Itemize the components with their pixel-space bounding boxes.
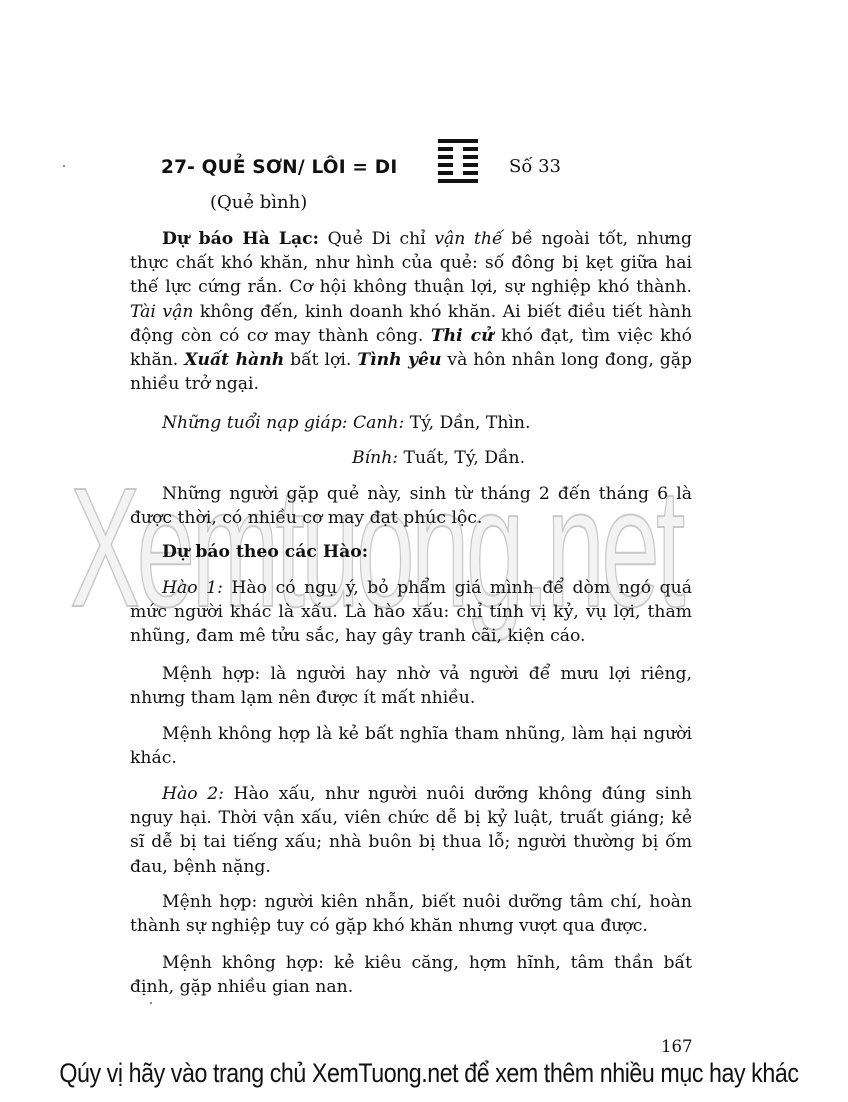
hao-1-menh-khong-hop: Mệnh không hợp là kẻ bất nghĩa tham nhũn… bbox=[130, 722, 692, 770]
scan-speck bbox=[63, 165, 65, 167]
prediction-paragraph: Dự báo Hà Lạc: Quẻ Di chỉ vận thế bề ngo… bbox=[130, 227, 692, 396]
hao-1-menh-hop: Mệnh hợp: là người hay nhờ vả người để m… bbox=[130, 662, 692, 710]
hexagram-di-icon bbox=[438, 139, 478, 183]
hao-1-paragraph: Hào 1: Hào có ngụ ý, bỏ phẩm giá mình để… bbox=[130, 576, 692, 649]
chapter-subtitle: (Quẻ bình) bbox=[210, 192, 307, 213]
chapter-title: 27- QUẺ SƠN/ LÔI = DI bbox=[161, 157, 397, 178]
nap-giap-canh-line: Những tuổi nạp giáp: Canh: Tý, Dần, Thìn… bbox=[162, 413, 530, 433]
hao-2-paragraph: Hào 2: Hào xấu, như người nuôi dưỡng khô… bbox=[130, 782, 692, 879]
scan-speck bbox=[150, 1002, 152, 1004]
hao-2-menh-hop: Mệnh hợp: người kiên nhẫn, biết nuôi dưỡ… bbox=[130, 890, 692, 938]
footer-promo-banner: Qúy vị hãy vào trang chủ XemTuong.net để… bbox=[59, 1058, 788, 1089]
chapter-heading: 27- QUẺ SƠN/ LÔI = DI Số 33 bbox=[161, 153, 611, 193]
prediction-label: Dự báo Hà Lạc: bbox=[162, 229, 319, 249]
hexagram-line-solid bbox=[438, 139, 478, 143]
page-number: 167 bbox=[661, 1037, 693, 1056]
nap-giap-binh-line: Bính: Tuất, Tý, Dần. bbox=[352, 448, 525, 468]
hexagram-number: Số 33 bbox=[509, 156, 561, 177]
hao-section-title: Dự báo theo các Hào: bbox=[162, 542, 368, 562]
hao-2-label: Hào 2: bbox=[162, 784, 224, 804]
hexagram-line-broken bbox=[438, 171, 478, 175]
hexagram-line-broken bbox=[438, 147, 478, 151]
hao-2-menh-khong-hop: Mệnh không hợp: kẻ kiêu căng, hợm hĩnh, … bbox=[130, 951, 692, 999]
birth-note-paragraph: Những người gặp quẻ này, sinh từ tháng 2… bbox=[130, 482, 692, 530]
nap-giap-label: Những tuổi nạp giáp: bbox=[162, 413, 353, 433]
hexagram-line-broken bbox=[438, 155, 478, 159]
book-page: Xemtuong.net 27- QUẺ SƠN/ LÔI = DI Số 33… bbox=[0, 0, 848, 1102]
hexagram-line-broken bbox=[438, 163, 478, 167]
hao-1-label: Hào 1: bbox=[162, 578, 223, 598]
hexagram-line-solid bbox=[438, 179, 478, 183]
